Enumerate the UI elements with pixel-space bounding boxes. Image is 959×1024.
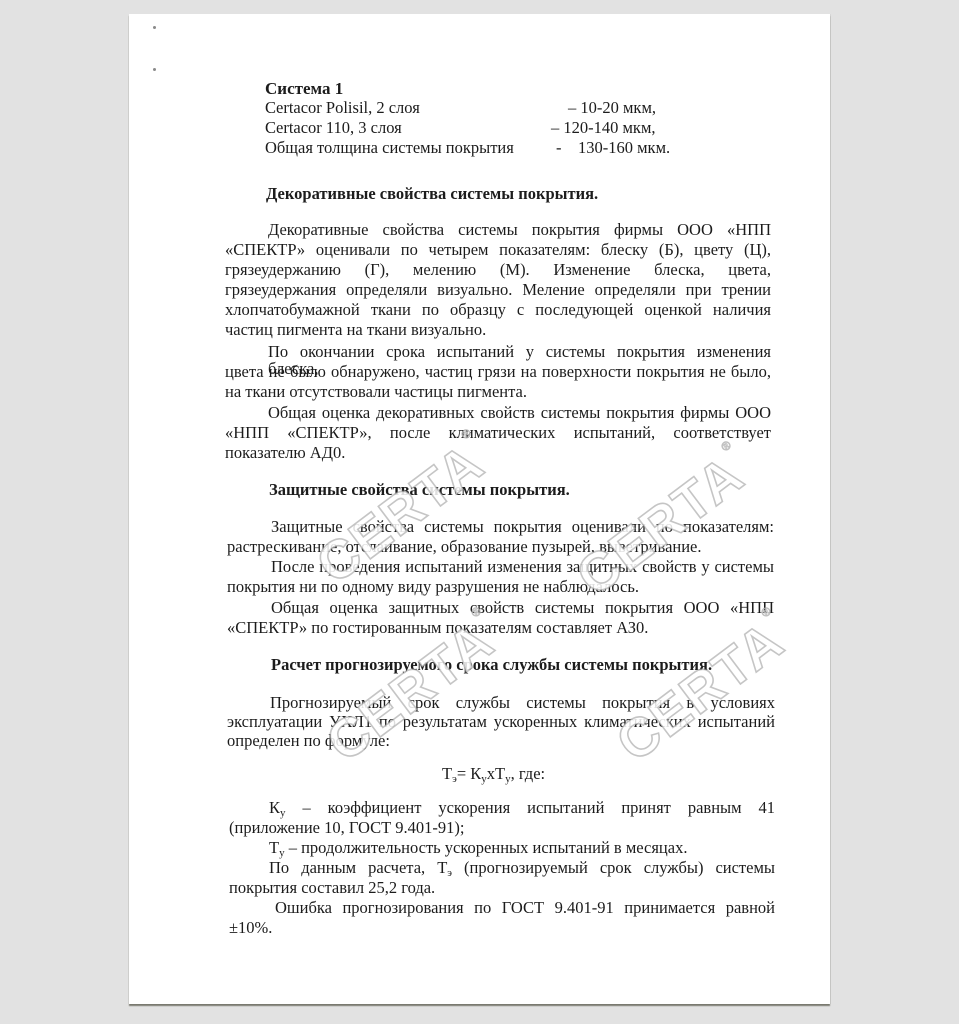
decorative-paragraph-line: на ткани отсутствовали частицы пигмента. [225,384,527,401]
scan-speck [153,68,156,71]
ky-definition-line: Ку – коэффициент ускорения испытаний при… [269,800,775,819]
scan-speck [153,26,156,29]
formula-part: , где: [511,764,546,783]
decorative-paragraph-line: цвета не было обнаружено, частиц грязи н… [225,364,771,381]
decorative-paragraph-line: показателю АД0. [225,445,345,462]
error-cont: ±10%. [229,920,272,937]
formula-part: Т [442,764,452,783]
service-life-formula: Тэ= КухТу, где: [442,766,545,785]
decorative-paragraph-line: Общая оценка декоративных свойств систем… [268,405,771,422]
system-title: Система 1 [265,80,343,97]
decorative-paragraph-line: Декоративные свойства системы покрытия ф… [268,222,771,239]
decorative-paragraph-line: «СПЕКТР» оценивали по четырем показателя… [225,242,771,259]
error-line: Ошибка прогнозирования по ГОСТ 9.401-91 … [275,900,775,917]
layer-2-value: – 120-140 мкм, [551,120,656,137]
ty-definition-line: Ту – продолжительность ускоренных испыта… [269,840,687,859]
total-thickness-label: Общая толщина системы покрытия [265,140,514,157]
decorative-paragraph-line: грязеудержанию (Г), мелению (М). Изменен… [225,262,771,279]
calc-result-line: По данным расчета, Тэ (прогнозируемый ср… [269,860,775,879]
decorative-heading: Декоративные свойства системы покрытия. [266,186,598,203]
protective-paragraph-line: покрытия ни по одному виду разрушения не… [227,579,639,596]
formula-part: хТ [487,764,505,783]
ky-definition-cont: (приложение 10, ГОСТ 9.401-91); [229,820,465,837]
layer-2-label: Certacor 110, 3 слоя [265,120,402,137]
layer-1-value: – 10-20 мкм, [568,100,656,117]
layer-1-label: Certacor Polisil, 2 слоя [265,100,420,117]
decorative-paragraph-line: грязеудержания определяли визуально. Мел… [225,282,771,299]
calc-result-cont: покрытия составил 25,2 года. [229,880,435,897]
decorative-paragraph-line: частиц пигмента на ткани визуально. [225,322,486,339]
decorative-paragraph-line: «НПП «СПЕКТР», после климатических испыт… [225,425,771,442]
document-page: Система 1 Certacor Polisil, 2 слоя – 10-… [129,14,830,1004]
formula-part: = К [457,764,481,783]
decorative-paragraph-line: хлопчатобумажной ткани по образцу с посл… [225,302,771,319]
protective-paragraph-line: Общая оценка защитных свойств системы по… [271,600,774,617]
total-thickness-value: - 130-160 мкм. [556,140,670,157]
